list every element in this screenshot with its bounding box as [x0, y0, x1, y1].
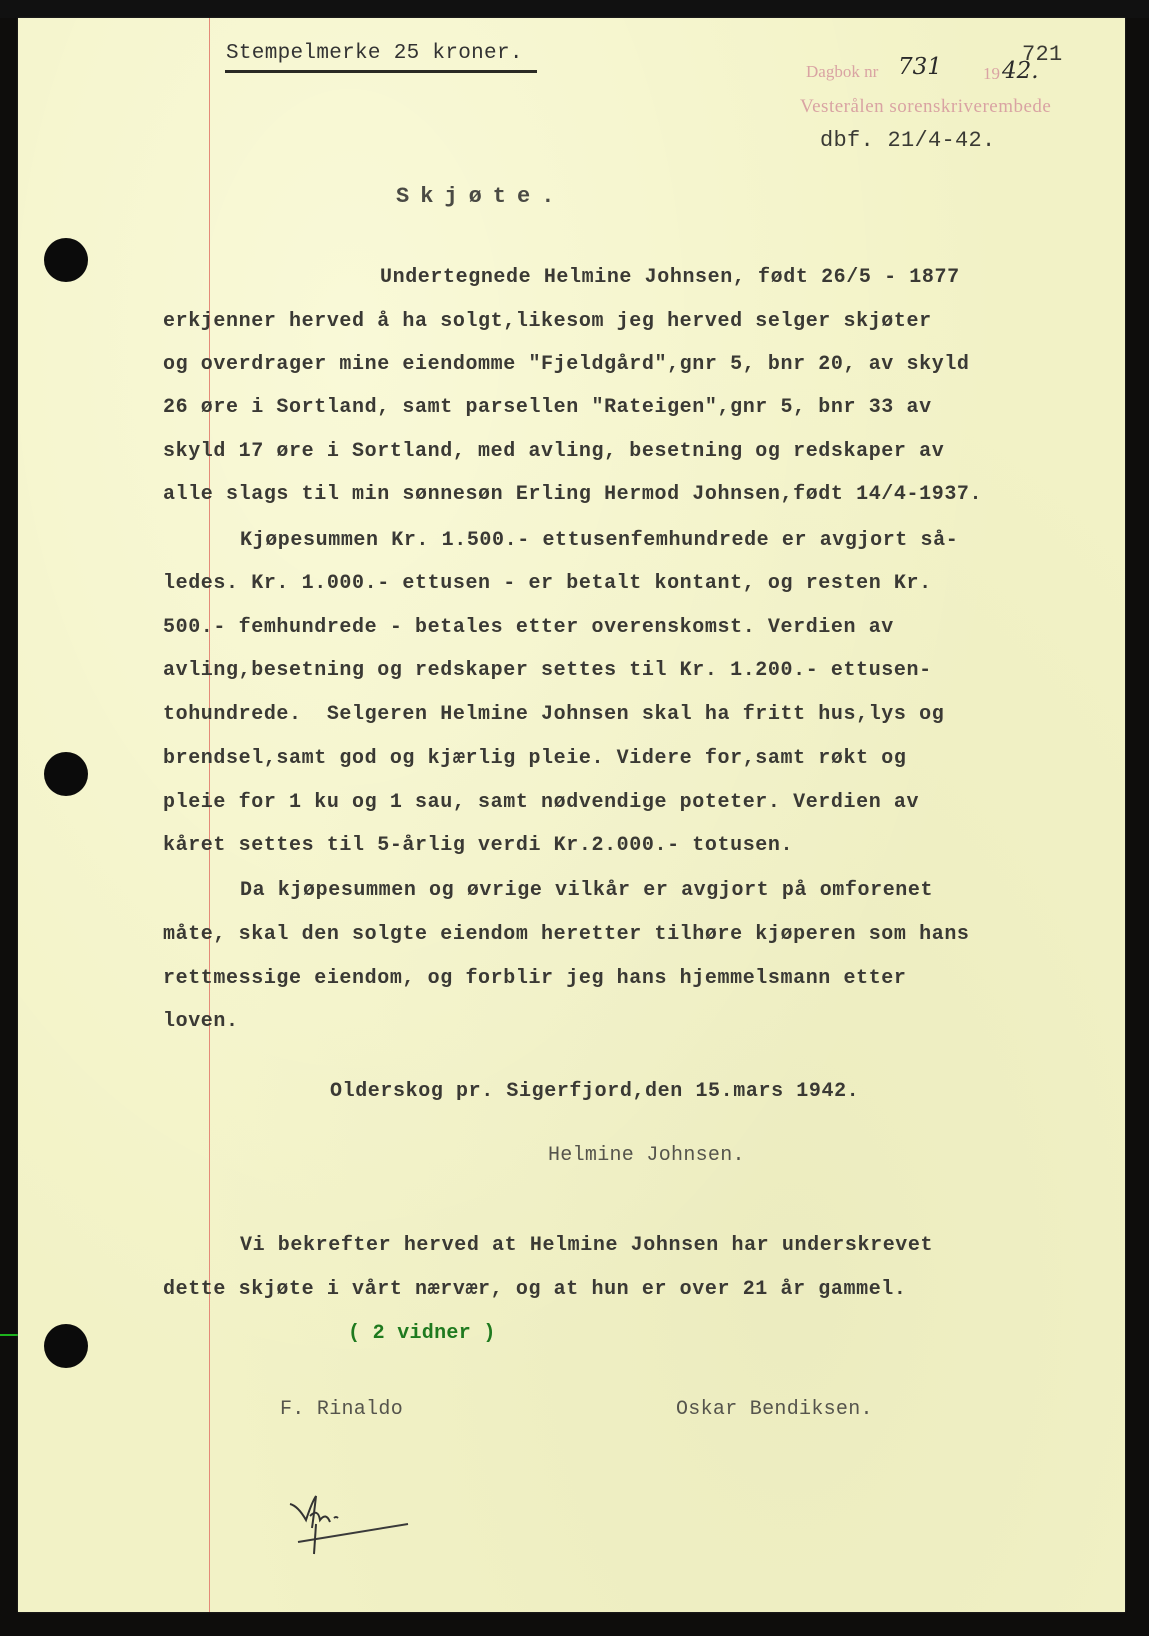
body-line: loven.: [163, 1010, 239, 1033]
body-line: Kjøpesummen Kr. 1.500.- ettusenfemhundre…: [240, 529, 958, 552]
body-line: brendsel,samt god og kjærlig pleie. Vide…: [163, 747, 907, 770]
body-line: pleie for 1 ku og 1 sau, samt nødvendige…: [163, 791, 919, 814]
handwritten-year: 42.: [1002, 58, 1039, 84]
body-line: skyld 17 øre i Sortland, med avling, bes…: [163, 440, 944, 463]
place-and-date: Olderskog pr. Sigerfjord,den 15.mars 194…: [330, 1080, 859, 1103]
body-line: og overdrager mine eiendomme "Fjeldgård"…: [163, 353, 970, 376]
witness-name-1: F. Rinaldo: [280, 1398, 403, 1421]
body-line: rettmessige eiendom, og forblir jeg hans…: [163, 967, 907, 990]
punch-hole-bottom: [44, 1324, 88, 1368]
witness-statement-line: dette skjøte i vårt nærvær, og at hun er…: [163, 1278, 907, 1301]
body-line: avling,besetning og redskaper settes til…: [163, 659, 932, 682]
document-title: Skjøte.: [396, 184, 565, 209]
seller-name: Helmine Johnsen.: [548, 1144, 745, 1167]
witness-count-note: ( 2 vidner ): [348, 1322, 496, 1345]
scan-edge-mark: [0, 1334, 18, 1336]
body-line: kåret settes til 5-årlig verdi Kr.2.000.…: [163, 834, 793, 857]
stamp-office-name: Vesterålen sorenskriverembede: [800, 96, 1051, 118]
document-page: Stempelmerke 25 kroner. 721 Dagbok nr 73…: [18, 18, 1125, 1612]
signature-scribble-icon: [288, 1494, 418, 1564]
stamp-duty-header: Stempelmerke 25 kroner.: [226, 42, 523, 65]
header-underline: [225, 70, 537, 73]
witness-statement-line: Vi bekrefter herved at Helmine Johnsen h…: [240, 1234, 933, 1257]
body-line: 26 øre i Sortland, samt parsellen "Ratei…: [163, 396, 932, 419]
witness-name-2: Oskar Bendiksen.: [676, 1398, 873, 1421]
body-line: alle slags til min sønnesøn Erling Hermo…: [163, 483, 982, 506]
handwritten-initials: [288, 1494, 418, 1569]
stamp-dagbok-label: Dagbok nr: [806, 62, 878, 82]
handwritten-journal-number: 731: [898, 54, 942, 80]
body-line: ledes. Kr. 1.000.- ettusen - er betalt k…: [163, 572, 932, 595]
body-line: Da kjøpesummen og øvrige vilkår er avgjo…: [240, 879, 933, 902]
dbf-note: dbf. 21/4-42.: [820, 128, 996, 153]
body-line: Undertegnede Helmine Johnsen, født 26/5 …: [380, 266, 960, 289]
margin-rule: [209, 18, 210, 1612]
punch-hole-middle: [44, 752, 88, 796]
body-line: tohundrede. Selgeren Helmine Johnsen ska…: [163, 703, 944, 726]
body-line: måte, skal den solgte eiendom heretter t…: [163, 923, 970, 946]
stamp-year-prefix: 19: [983, 64, 1000, 84]
punch-hole-top: [44, 238, 88, 282]
body-line: 500.- femhundrede - betales etter overen…: [163, 616, 894, 639]
body-line: erkjenner herved å ha solgt,likesom jeg …: [163, 310, 932, 333]
scan-border-top: [0, 0, 1149, 18]
